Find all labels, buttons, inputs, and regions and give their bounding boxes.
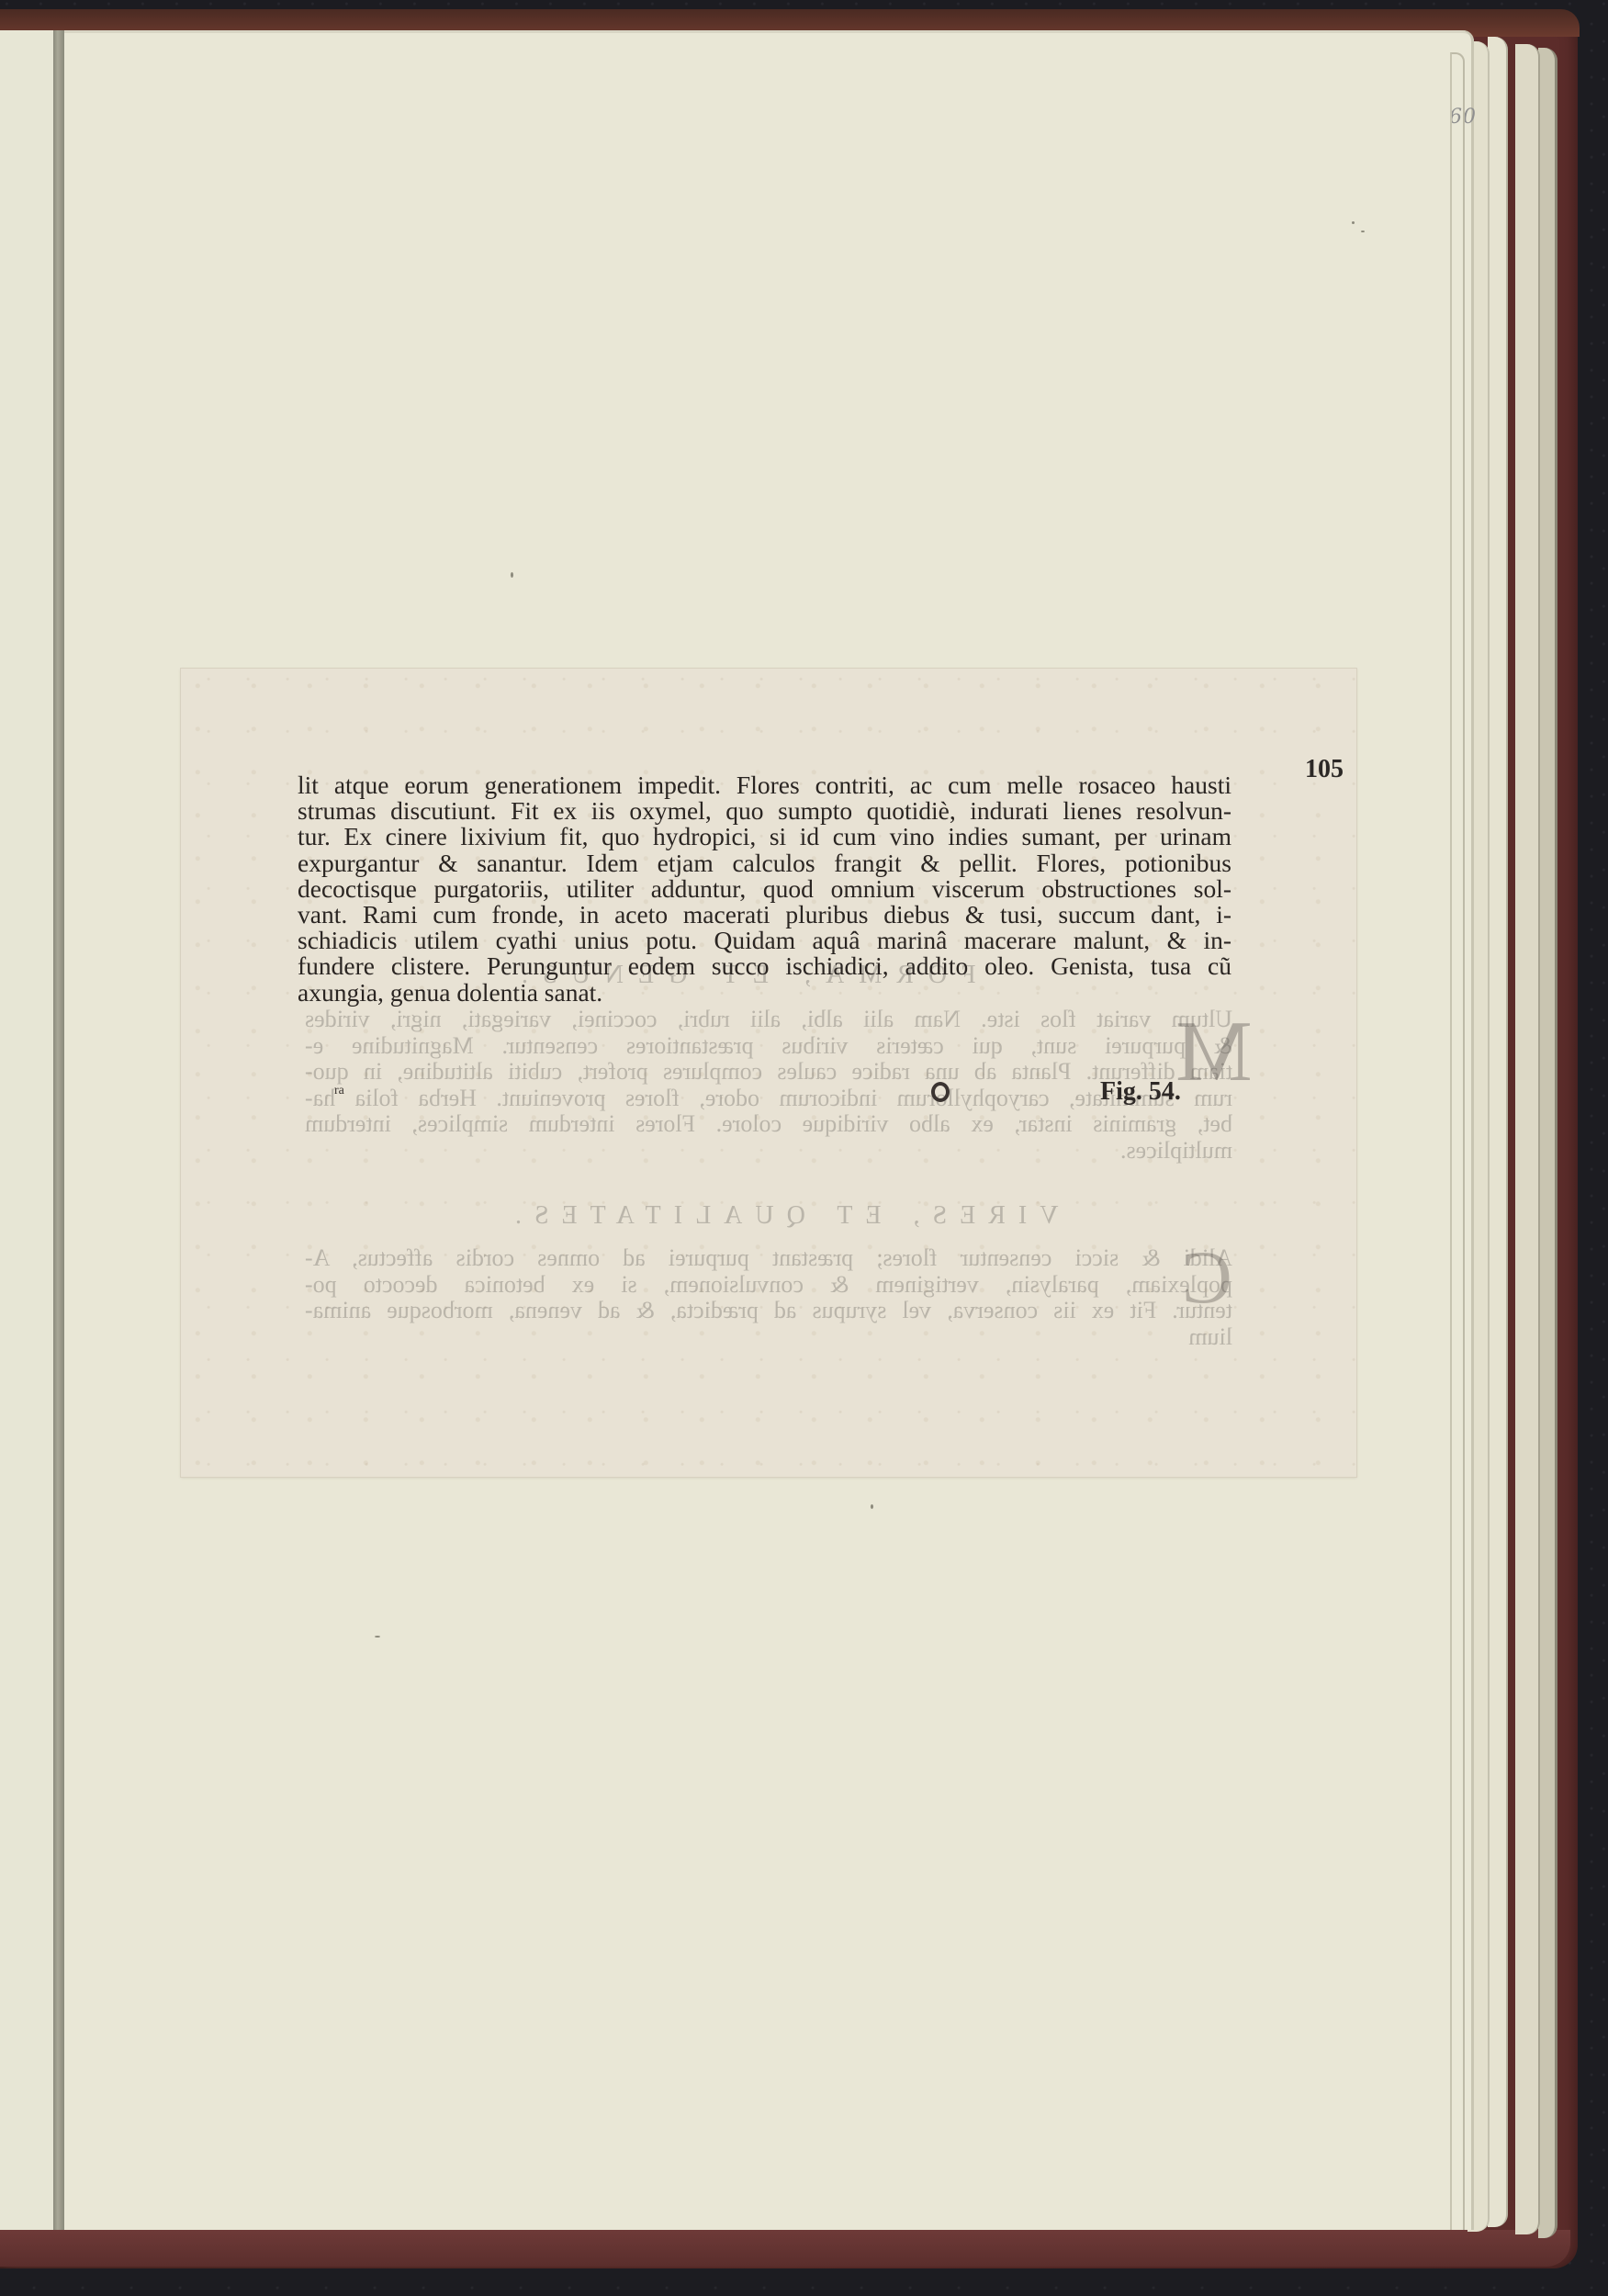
show-through-line: rum summitate, caryophyllorum indicorum … — [305, 1086, 1232, 1112]
show-through-body: Ultum variat flos iste. Nam alii albi, a… — [305, 1007, 1232, 1164]
pencil-page-number: 60 — [1449, 106, 1477, 129]
text-line: axungia, genua dolentia sanat. — [298, 980, 1231, 1006]
paper-speck — [871, 1504, 873, 1509]
page-stack-edge — [1515, 44, 1540, 2234]
verso-page-edge — [0, 30, 53, 2230]
page-stack-edge — [1488, 37, 1508, 2227]
show-through-line: multiplices. — [305, 1138, 1232, 1165]
figure-label: Fig. 54. — [1100, 1077, 1181, 1107]
text-line: fundere clistere. Perunguntur eodem succ… — [298, 953, 1231, 979]
folio-number: 105 — [1305, 755, 1344, 784]
show-through-line: & purpurei sunt, qui cæteris viribus præ… — [305, 1033, 1232, 1060]
recto-page: 60 105 FORMA, ET GENUS. M Ultum variat f… — [64, 30, 1474, 2230]
paper-speck — [1361, 231, 1365, 232]
figure-marker-circle-icon — [931, 1082, 950, 1102]
show-through-line: tentur. Fit ex iis conserva, vel syrupus… — [305, 1298, 1232, 1324]
page-stack-edge — [1538, 48, 1557, 2238]
margin-mark: ra — [334, 1084, 344, 1098]
printed-latin-text: lit atque eorum generationem impedit. Fl… — [298, 772, 1231, 1006]
show-through-line: poplexiam, paralysin, vertiginem & convu… — [305, 1272, 1232, 1299]
show-through-line: Ultum variat flos iste. Nam alii albi, a… — [305, 1007, 1232, 1033]
paper-speck — [375, 1636, 380, 1638]
text-line: expurgantur & sanantur. Idem etjam calcu… — [298, 850, 1231, 876]
text-line: strumas discutiunt. Fit ex iis oxymel, q… — [298, 798, 1231, 824]
text-line: decoctisque purgatoriis, utiliter addunt… — [298, 876, 1231, 902]
pasted-printed-fragment: 105 FORMA, ET GENUS. M Ultum variat flos… — [181, 669, 1356, 1477]
show-through-line: lium — [305, 1324, 1232, 1351]
text-line: tur. Ex cinere lixivium fit, quo hydropi… — [298, 824, 1231, 850]
paper-speck — [1352, 221, 1355, 224]
show-through-heading: VIRES, ET QUALITATES. — [502, 1201, 1058, 1231]
paper-speck — [511, 572, 513, 578]
text-line: lit atque eorum generationem impedit. Fl… — [298, 772, 1231, 798]
show-through-line: tiam differunt. Planta ab una radice cau… — [305, 1059, 1232, 1086]
show-through-body: Alidi & sicci censentur flores; præstant… — [305, 1245, 1232, 1350]
text-line: vant. Rami cum fronde, in aceto macerati… — [298, 902, 1231, 928]
book-gutter — [53, 30, 64, 2230]
show-through-line: bet, graminis instar, ex albo viridique … — [305, 1111, 1232, 1138]
show-through-line: Alidi & sicci censentur flores; præstant… — [305, 1245, 1232, 1272]
binding-bottom-edge — [0, 2230, 1570, 2267]
text-line: schiadicis utilem cyathi unius potu. Qui… — [298, 928, 1231, 953]
